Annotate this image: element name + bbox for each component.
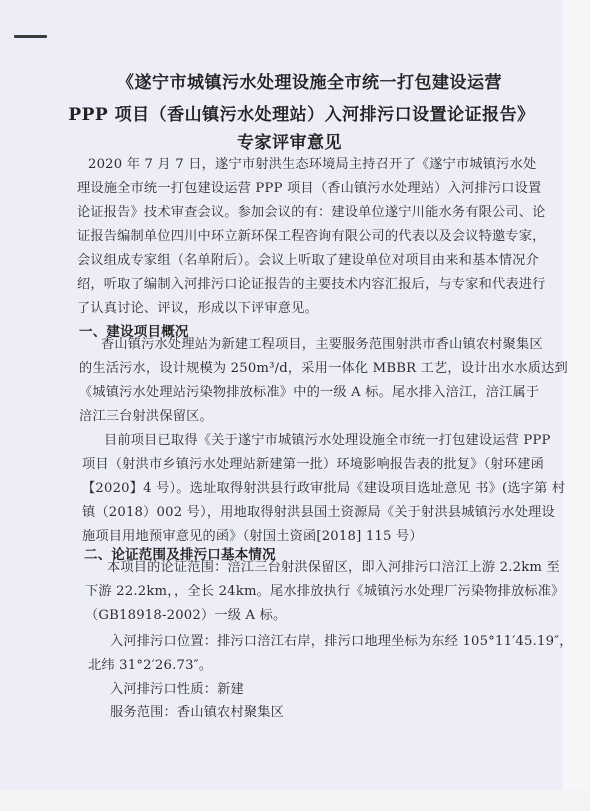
section-1-line: 的生活污水，设计规模为 250m³/d，采用一体化 MBBR 工艺，设计出水水质… [79, 357, 568, 376]
section-1-line: 项目（射洪市乡镇污水处理站新建第一批）环境影响报告表的批复》（射环建函 [82, 453, 544, 472]
scan-edge-bottom [0, 790, 590, 811]
intro-line: 证报告编制单位四川中环立新环保工程咨询有限公司的代表以及会议特邀专家， [77, 225, 546, 244]
section-1-line: 镇（2018）002 号），用地取得射洪县国土资源局《关于射洪县城镇污水处理设 [82, 501, 555, 520]
section-2-line: 入河排污口位置：排污口涪江右岸，排污口地理坐标为东经 105°11′45.19″… [110, 630, 573, 649]
section-1-line: 《城镇污水处理站污染物排放标准》中的一级 A 标。尾水排入涪江，涪江属于 [79, 381, 539, 400]
title-line-3: 专家评审意见 [8, 128, 571, 153]
intro-line: 绍，听取了编制入河排污口论证报告的主要技术内容汇报后，与专家和代表进行 [77, 273, 546, 292]
intro-line: 理设施全市统一打包建设运营 PPP 项目（香山镇污水处理站）入河排污口设置 [77, 177, 541, 196]
intro-line: 2020 年 7 月 7 日，遂宁市射洪生态环境局主持召开了《遂宁市城镇污水处 [88, 153, 536, 172]
intro-line: 了认真讨论、评议，形成以下评审意见。 [77, 297, 318, 316]
section-2-line: 北纬 31°2′26.73″。 [88, 654, 212, 673]
section-1-line: 施项目用地预审意见的函》（射国土资函[2018] 115 号） [82, 525, 423, 544]
page-mark-dash [14, 35, 47, 38]
section-1-line: 目前项目已取得《关于遂宁市城镇污水处理设施全市统一打包建设运营 PPP [104, 429, 551, 448]
section-2-line: 下游 22.2km，，全长 24km。尾水排放执行《城镇污水处理厂污染物排放标准… [85, 580, 565, 599]
intro-line: 论证报告》技术审查会议。参加会议的有：建设单位遂宁川能水务有限公司、论 [77, 201, 546, 220]
section-1-line: 【2020】4 号）。选址取得射洪县行政审批局《建设项目选址意见 书》(选字第 … [82, 477, 565, 496]
intro-line: 会议组成专家组（名单附后）。会议上听取了建设单位对项目由来和基本情况介 [77, 249, 539, 268]
outfall-nature: 入河排污口性质：新建 [110, 678, 244, 697]
section-2-line: （GB18918-2002）一级 A 标。 [85, 604, 286, 623]
service-area: 服务范围：香山镇农村聚集区 [110, 701, 284, 720]
section-1-line: 香山镇污水处理站为新建工程项目，主要服务范围射洪市香山镇农村聚集区 [101, 333, 543, 352]
section-2-line: 本项目的论证范围：涪江三台射洪保留区，即入河排污口涪江上游 2.2km 至 [107, 556, 560, 575]
title-line-2: PPP 项目（香山镇污水处理站）入河排污口设置论证报告》 [20, 100, 583, 125]
section-1-line: 涪江三台射洪保留区。 [79, 405, 213, 424]
title-line-1: 《遂宁市城镇污水处理设施全市统一打包建设运营 [28, 68, 590, 93]
